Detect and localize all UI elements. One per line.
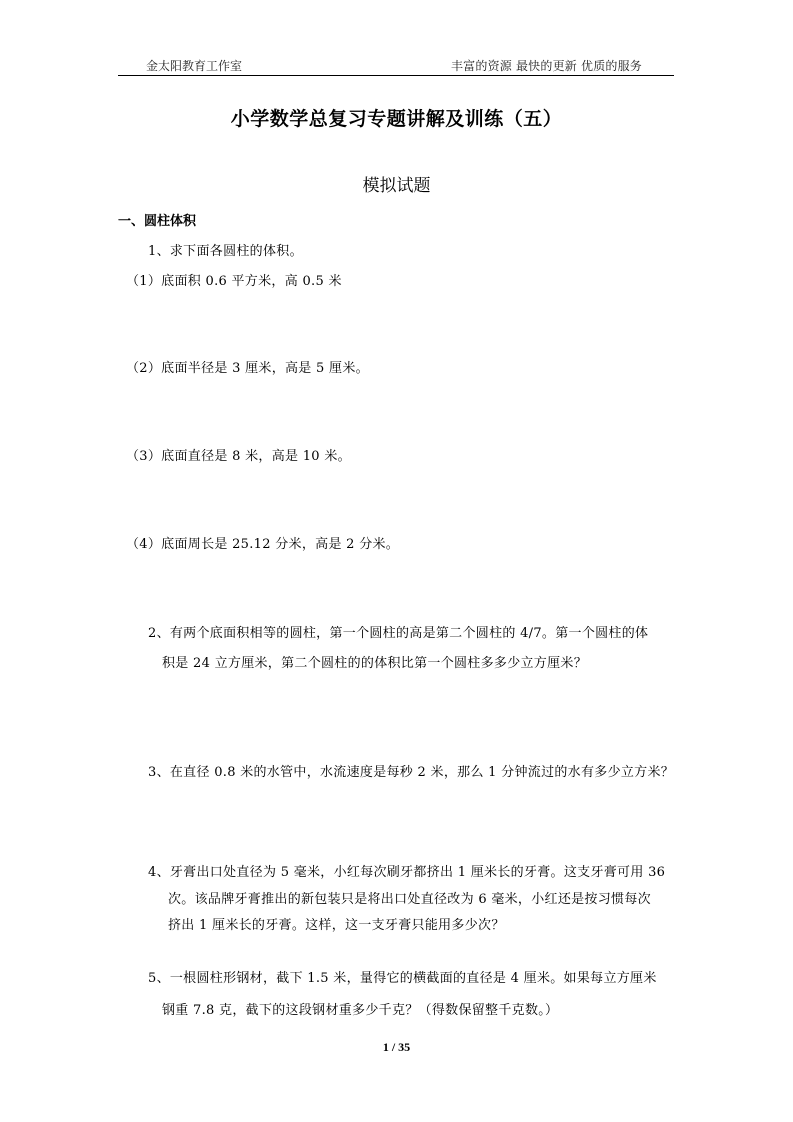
question-1-part-4: （4）底面周长是 25.12 分米，高是 2 分米。 <box>126 533 399 552</box>
question-4-line-3: 挤出 1 厘米长的牙膏。这样，这一支牙膏只能用多少次？ <box>168 914 505 933</box>
question-1-part-3: （3）底面直径是 8 米，高是 10 米。 <box>126 445 351 464</box>
question-5-line-2: 钢重 7.8 克，截下的这段钢材重多少千克？（得数保留整千克数。） <box>162 999 558 1018</box>
question-5-line-1: 5、一根圆柱形钢材，截下 1.5 米，量得它的横截面的直径是 4 厘米。如果每立… <box>148 967 657 986</box>
document-subtitle: 模拟试题 <box>0 171 793 196</box>
document-page: 金太阳教育工作室 丰富的资源 最快的更新 优质的服务 小学数学总复习专题讲解及训… <box>0 0 793 1122</box>
document-title: 小学数学总复习专题讲解及训练（五） <box>0 104 793 131</box>
header-slogan: 丰富的资源 最快的更新 优质的服务 <box>451 57 642 74</box>
page-number: 1 / 35 <box>0 1040 793 1055</box>
page-header: 金太阳教育工作室 丰富的资源 最快的更新 优质的服务 <box>118 55 674 76</box>
question-2-line-1: 2、有两个底面积相等的圆柱，第一个圆柱的高是第二个圆柱的 4/7。第一个圆柱的体 <box>148 622 648 641</box>
question-1: 1、求下面各圆柱的体积。 <box>148 240 303 259</box>
section-heading: 一、圆柱体积 <box>118 210 196 229</box>
question-1-part-2: （2）底面半径是 3 厘米，高是 5 厘米。 <box>126 357 369 376</box>
question-1-part-1: （1）底面积 0.6 平方米，高 0.5 米 <box>126 270 342 289</box>
question-4-line-2: 次。该品牌牙膏推出的新包装只是将出口处直径改为 6 毫米，小红还是按习惯每次 <box>168 888 651 907</box>
question-4-line-1: 4、牙膏出口处直径为 5 毫米，小红每次刷牙都挤出 1 厘米长的牙膏。这支牙膏可… <box>148 861 665 880</box>
question-3-line-1: 3、在直径 0.8 米的水管中，水流速度是每秒 2 米，那么 1 分钟流过的水有… <box>148 761 674 780</box>
header-publisher: 金太阳教育工作室 <box>146 57 242 74</box>
question-2-line-2: 积是 24 立方厘米，第二个圆柱的的体积比第一个圆柱多多少立方厘米？ <box>162 652 587 671</box>
